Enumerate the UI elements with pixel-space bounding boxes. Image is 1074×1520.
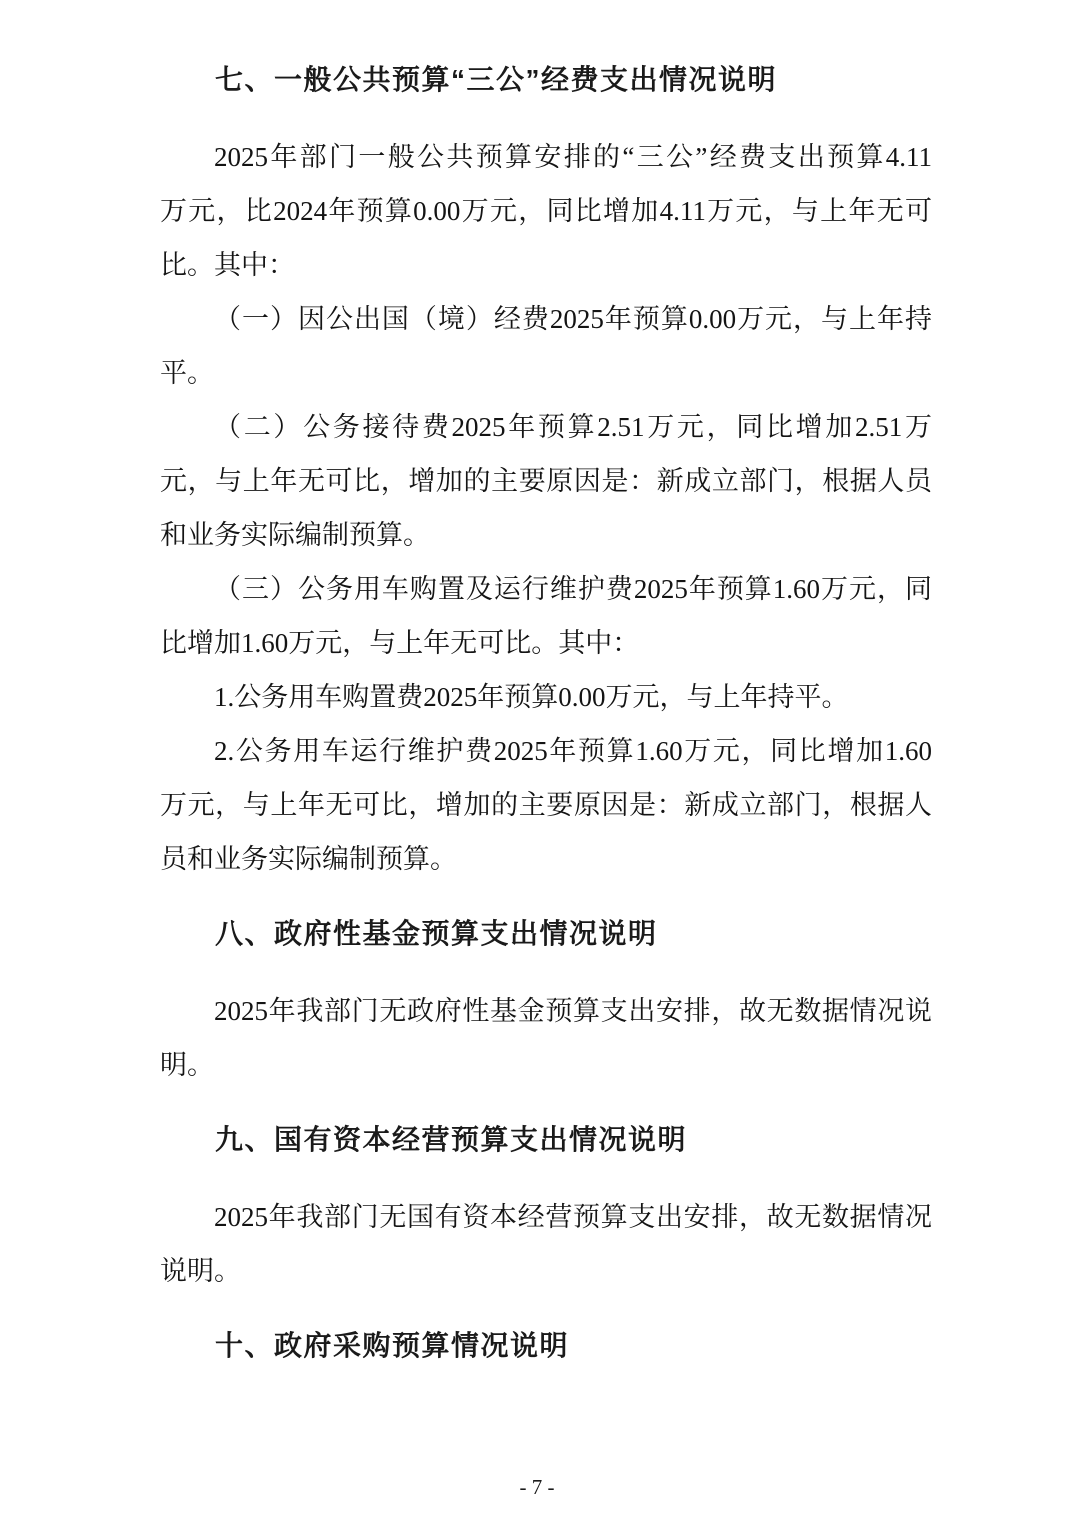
section-heading: 七、一般公共预算“三公”经费支出情况说明	[215, 62, 932, 98]
paragraph: 2025年部门一般公共预算安排的“三公”经费支出预算4.11万元，比2024年预…	[160, 130, 932, 292]
paragraph: （一）因公出国（境）经费2025年预算0.00万元，与上年持平。	[160, 292, 932, 400]
text-line: 万元，与上年无可比，增加的主要原因是：新成立部门，根据人	[160, 778, 932, 832]
text-line: 和业务实际编制预算。	[160, 508, 932, 562]
text-line: （二）公务接待费2025年预算2.51万元，同比增加2.51万	[160, 400, 932, 454]
section-heading: 十、政府采购预算情况说明	[215, 1328, 932, 1364]
text-line: 2025年我部门无国有资本经营预算支出安排，故无数据情况	[160, 1190, 932, 1244]
paragraph: 1.公务用车购置费2025年预算0.00万元，与上年持平。	[160, 670, 932, 724]
text-line: 2025年我部门无政府性基金预算支出安排，故无数据情况说	[160, 984, 932, 1038]
text-line: 1.公务用车购置费2025年预算0.00万元，与上年持平。	[160, 670, 932, 724]
text-line: 员和业务实际编制预算。	[160, 832, 932, 886]
text-line: （一）因公出国（境）经费2025年预算0.00万元，与上年持	[160, 292, 932, 346]
text-line: 说明。	[160, 1244, 932, 1298]
paragraph: （三）公务用车购置及运行维护费2025年预算1.60万元，同比增加1.60万元，…	[160, 562, 932, 670]
text-line: 2.公务用车运行维护费2025年预算1.60万元，同比增加1.60	[160, 724, 932, 778]
section-heading: 九、国有资本经营预算支出情况说明	[215, 1122, 932, 1158]
text-line: 比增加1.60万元，与上年无可比。其中：	[160, 616, 932, 670]
paragraph: 2025年我部门无国有资本经营预算支出安排，故无数据情况说明。	[160, 1190, 932, 1298]
paragraph: 2.公务用车运行维护费2025年预算1.60万元，同比增加1.60万元，与上年无…	[160, 724, 932, 886]
text-line: 比。其中：	[160, 238, 932, 292]
text-line: 平。	[160, 346, 932, 400]
text-line: 明。	[160, 1038, 932, 1092]
paragraph: 2025年我部门无政府性基金预算支出安排，故无数据情况说明。	[160, 984, 932, 1092]
page-number: - 7 -	[0, 1472, 1074, 1502]
text-line: 元，与上年无可比，增加的主要原因是：新成立部门，根据人员	[160, 454, 932, 508]
text-line: 2025年部门一般公共预算安排的“三公”经费支出预算4.11	[160, 130, 932, 184]
section-heading: 八、政府性基金预算支出情况说明	[215, 916, 932, 952]
text-line: （三）公务用车购置及运行维护费2025年预算1.60万元，同	[160, 562, 932, 616]
document-page: 七、一般公共预算“三公”经费支出情况说明2025年部门一般公共预算安排的“三公”…	[0, 0, 1074, 1520]
document-body: 七、一般公共预算“三公”经费支出情况说明2025年部门一般公共预算安排的“三公”…	[160, 62, 932, 1396]
text-line: 万元，比2024年预算0.00万元，同比增加4.11万元，与上年无可	[160, 184, 932, 238]
paragraph: （二）公务接待费2025年预算2.51万元，同比增加2.51万元，与上年无可比，…	[160, 400, 932, 562]
